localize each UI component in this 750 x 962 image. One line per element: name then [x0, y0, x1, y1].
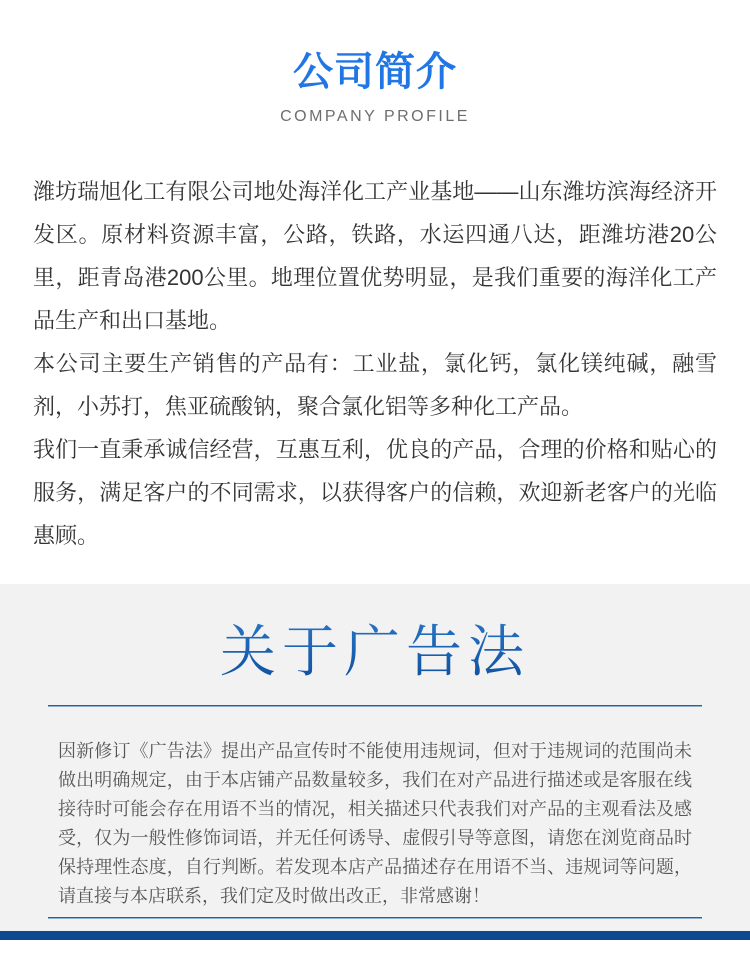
- ad-law-disclaimer: 因新修订《广告法》提出产品宣传时不能使用违规词，但对于违规词的范围尚未做出明确规…: [58, 737, 692, 911]
- company-products-paragraph: 本公司主要生产销售的产品有：工业盐，氯化钙，氯化镁纯碱，融雪剂，小苏打，焦亚硫酸…: [33, 342, 717, 428]
- ad-law-divider-bottom: [48, 917, 702, 919]
- footer-bar: [0, 931, 750, 940]
- company-profile-body: 潍坊瑞旭化工有限公司地处海洋化工产业基地——山东潍坊滨海经济开发区。原材料资源丰…: [33, 170, 717, 557]
- company-profile-section: 公司简介 COMPANY PROFILE 潍坊瑞旭化工有限公司地处海洋化工产业基…: [0, 0, 750, 557]
- ad-law-divider-top: [48, 705, 702, 707]
- company-intro-paragraph: 潍坊瑞旭化工有限公司地处海洋化工产业基地——山东潍坊滨海经济开发区。原材料资源丰…: [33, 170, 717, 342]
- company-profile-title: 公司简介: [0, 0, 750, 92]
- ad-law-section: 关于广告法 因新修订《广告法》提出产品宣传时不能使用违规词，但对于违规词的范围尚…: [0, 584, 750, 931]
- company-profile-subtitle: COMPANY PROFILE: [0, 107, 750, 126]
- company-service-paragraph: 我们一直秉承诚信经营，互惠互利，优良的产品，合理的价格和贴心的服务，满足客户的不…: [33, 428, 717, 557]
- product-description-page: 公司简介 COMPANY PROFILE 潍坊瑞旭化工有限公司地处海洋化工产业基…: [0, 0, 750, 962]
- ad-law-title: 关于广告法: [0, 584, 750, 685]
